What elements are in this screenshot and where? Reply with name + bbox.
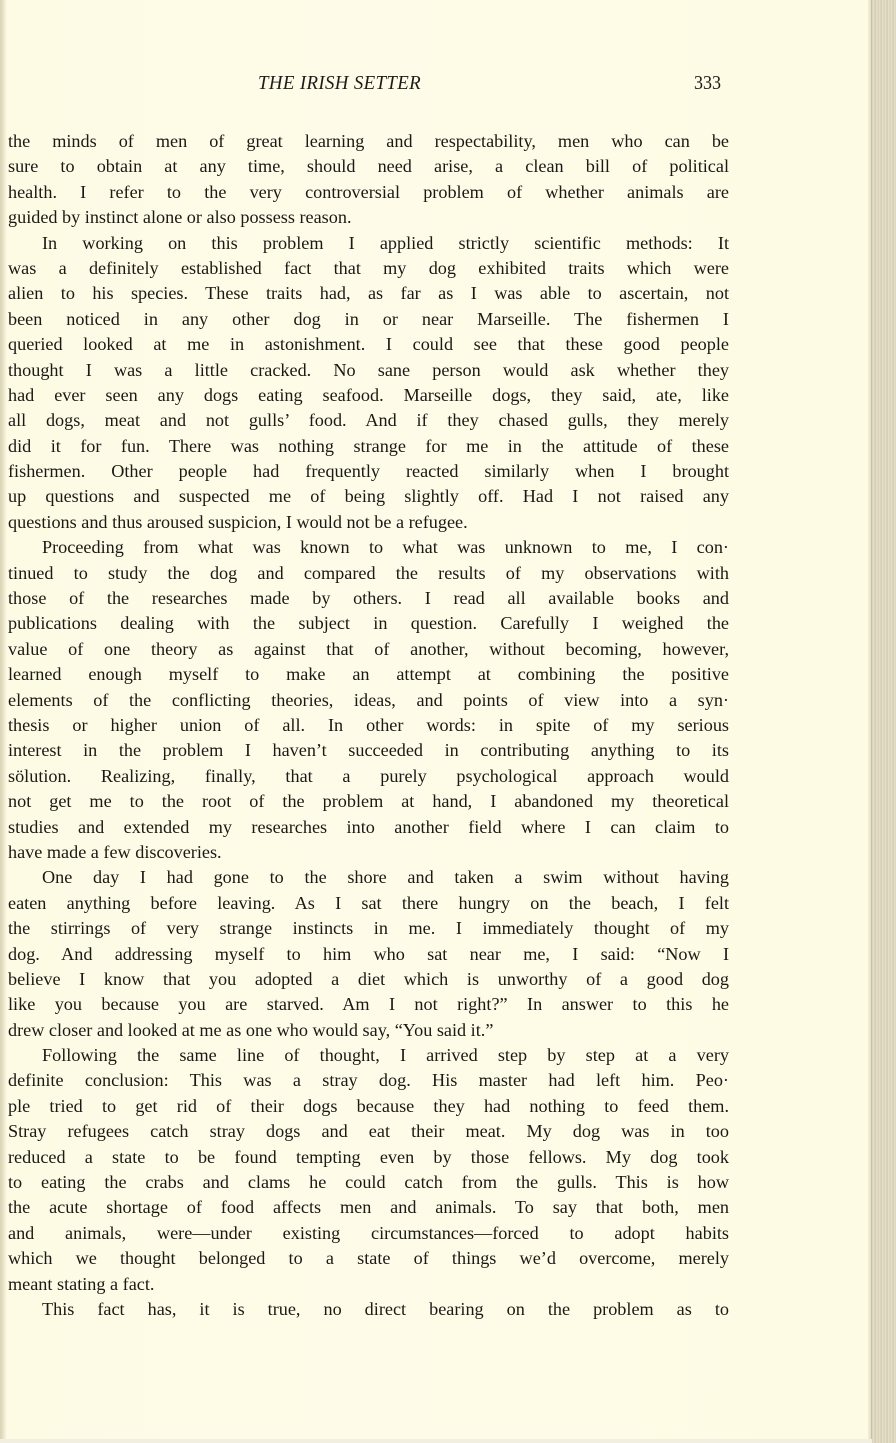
text-line: questions and thus aroused suspicion, I … <box>8 510 729 535</box>
page-number: 333 <box>694 72 721 95</box>
text-line: to eating the crabs and clams he could c… <box>8 1170 729 1195</box>
text-line: publications dealing with the subject in… <box>8 611 729 636</box>
text-line: those of the researches made by others. … <box>8 586 729 611</box>
gutter-shadow <box>0 0 7 1443</box>
text-line: fishermen. Other people had frequently r… <box>8 459 729 484</box>
text-line: tinued to study the dog and compared the… <box>8 561 729 586</box>
text-line: thought I was a little cracked. No sane … <box>8 358 729 383</box>
text-line: ple tried to get rid of their dogs becau… <box>8 1094 729 1119</box>
text-line: studies and extended my researches into … <box>8 815 729 840</box>
paragraph-first-line: Following the same line of thought, I ar… <box>8 1043 729 1068</box>
text-line: definite conclusion: This was a stray do… <box>8 1068 729 1093</box>
text-line: drew closer and looked at me as one who … <box>8 1018 729 1043</box>
text-line: meant stating a fact. <box>8 1272 729 1297</box>
paragraph-first-line: Proceeding from what was known to what w… <box>8 535 729 560</box>
text-line: been noticed in any other dog in or near… <box>8 307 729 332</box>
text-line: not get me to the root of the problem at… <box>8 789 729 814</box>
text-line: interest in the problem I haven’t succee… <box>8 738 729 763</box>
text-line: sölution. Realizing, finally, that a pur… <box>8 764 729 789</box>
text-line: queried looked at me in astonishment. I … <box>8 332 729 357</box>
text-line: health. I refer to the very controversia… <box>8 180 729 205</box>
text-line: eaten anything before leaving. As I sat … <box>8 891 729 916</box>
text-line: the acute shortage of food affects men a… <box>8 1195 729 1220</box>
text-line: learned enough myself to make an attempt… <box>8 662 729 687</box>
text-line: did it for fun. There was nothing strang… <box>8 434 729 459</box>
text-line: reduced a state to be found tempting eve… <box>8 1145 729 1170</box>
page-bottom-edge <box>0 1439 872 1443</box>
text-line: thesis or higher union of all. In other … <box>8 713 729 738</box>
text-line: elements of the conflicting theories, id… <box>8 688 729 713</box>
running-title: THE IRISH SETTER <box>258 72 421 95</box>
text-line: up questions and suspected me of being s… <box>8 484 729 509</box>
text-line: have made a few discoveries. <box>8 840 729 865</box>
text-line: had ever seen any dogs eating seafood. M… <box>8 383 729 408</box>
paragraph-first-line: One day I had gone to the shore and take… <box>8 865 729 890</box>
text-line: like you because you are starved. Am I n… <box>8 992 729 1017</box>
text-line: all dogs, meat and not gulls’ food. And … <box>8 408 729 433</box>
text-line: Stray refugees catch stray dogs and eat … <box>8 1119 729 1144</box>
paragraph-first-line: This fact has, it is true, no direct bea… <box>8 1297 729 1322</box>
text-line: dog. And addressing myself to him who sa… <box>8 942 729 967</box>
body-text: the minds of men of great learning and r… <box>8 129 729 1322</box>
running-head: THE IRISH SETTER 333 <box>0 72 730 102</box>
text-line: and animals, were—under existing circums… <box>8 1221 729 1246</box>
text-line: which we thought belonged to a state of … <box>8 1246 729 1271</box>
text-line: the stirrings of very strange instincts … <box>8 916 729 941</box>
page-stack-edge <box>871 0 896 1443</box>
text-line: believe I know that you adopted a diet w… <box>8 967 729 992</box>
paragraph-first-line: In working on this problem I applied str… <box>8 231 729 256</box>
text-line: guided by instinct alone or also possess… <box>8 205 729 230</box>
text-line: the minds of men of great learning and r… <box>8 129 729 154</box>
text-line: value of one theory as against that of a… <box>8 637 729 662</box>
text-line: sure to obtain at any time, should need … <box>8 154 729 179</box>
text-line: alien to his species. These traits had, … <box>8 281 729 306</box>
text-line: was a definitely established fact that m… <box>8 256 729 281</box>
book-page: THE IRISH SETTER 333 the minds of men of… <box>0 0 896 1443</box>
